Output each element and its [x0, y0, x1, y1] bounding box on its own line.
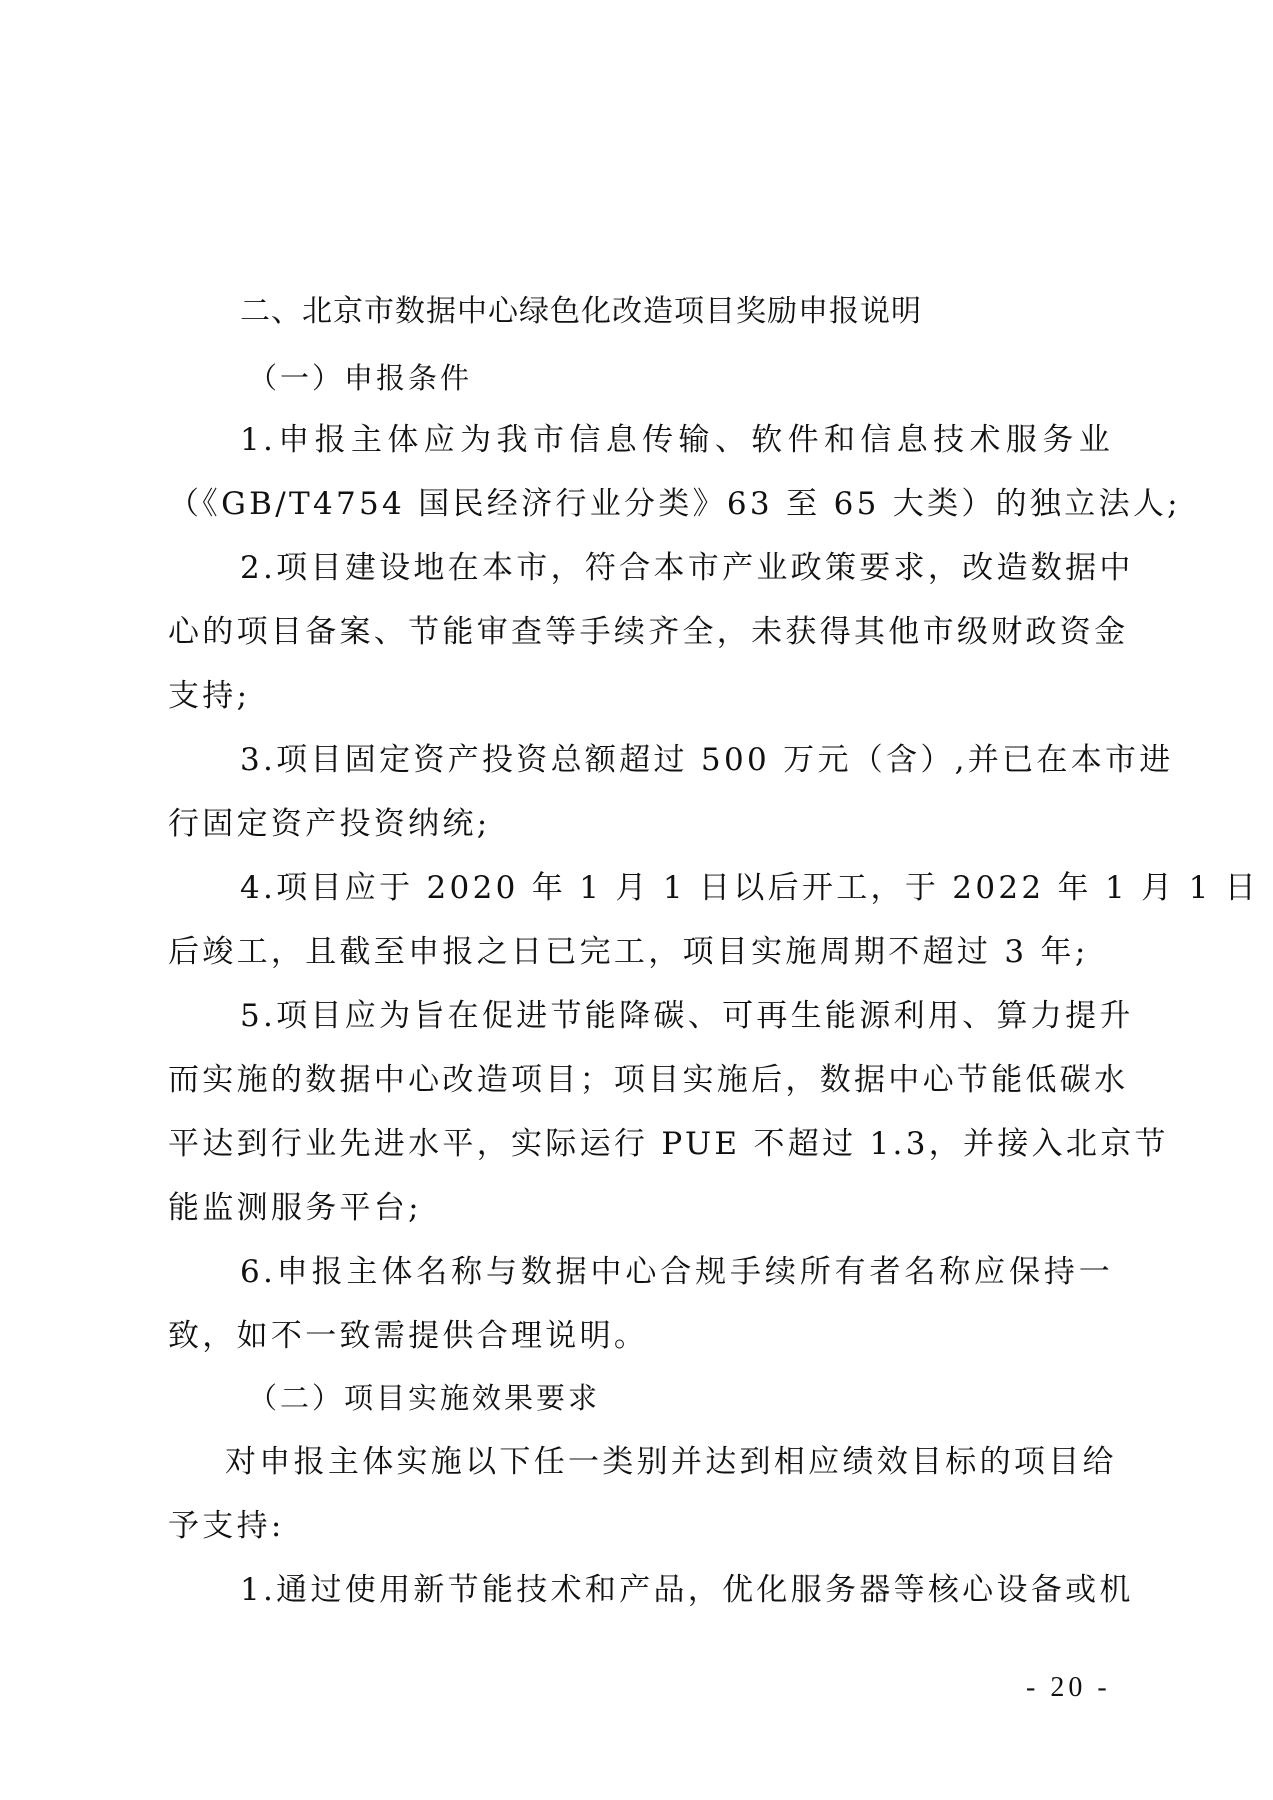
paragraph-line: 1.通过使用新节能技术和产品，优化服务器等核心设备或机: [240, 1570, 1113, 1610]
paragraph-line: 予支持:: [168, 1506, 1113, 1546]
paragraph-line: 2.项目建设地在本市，符合本市产业政策要求，改造数据中: [240, 548, 1113, 588]
paragraph-line: 6.申报主体名称与数据中心合规手续所有者名称应保持一: [240, 1252, 1113, 1292]
document-page: 二、北京市数据中心绿色化改造项目奖励申报说明 （一）申报条件 1.申报主体应为我…: [0, 0, 1273, 1800]
subsection-heading-conditions: （一）申报条件: [248, 358, 472, 398]
paragraph-line: 1.申报主体应为我市信息传输、软件和信息技术服务业: [240, 420, 1113, 460]
paragraph-line: 支持;: [168, 676, 1113, 716]
section-title: 二、北京市数据中心绿色化改造项目奖励申报说明: [240, 292, 922, 332]
subsection-heading-requirements: （二）项目实施效果要求: [248, 1378, 600, 1418]
paragraph-line: 后竣工，且截至申报之日已完工，项目实施周期不超过 3 年;: [168, 932, 1113, 972]
paragraph-line: 对申报主体实施以下任一类别并达到相应绩效目标的项目给: [225, 1442, 1113, 1482]
paragraph-line: 3.项目固定资产投资总额超过 500 万元（含）,并已在本市进: [240, 740, 1113, 780]
paragraph-line: 平达到行业先进水平，实际运行 PUE 不超过 1.3，并接入北京节: [168, 1124, 1113, 1164]
paragraph-line: 致，如不一致需提供合理说明。: [168, 1316, 1113, 1356]
paragraph-line: 能监测服务平台;: [168, 1188, 1113, 1228]
paragraph-line: 心的项目备案、节能审查等手续齐全，未获得其他市级财政资金: [168, 612, 1113, 652]
paragraph-line: 4.项目应于 2020 年 1 月 1 日以后开工，于 2022 年 1 月 1…: [240, 868, 1113, 908]
paragraph-line: 而实施的数据中心改造项目；项目实施后，数据中心节能低碳水: [168, 1060, 1113, 1100]
paragraph-line: 5.项目应为旨在促进节能降碳、可再生能源利用、算力提升: [240, 996, 1113, 1036]
paragraph-line: 行固定资产投资纳统;: [168, 804, 1113, 844]
page-number: - 20 -: [1026, 1670, 1111, 1706]
paragraph-line: （《GB/T4754 国民经济行业分类》63 至 65 大类）的独立法人;: [168, 484, 1113, 524]
